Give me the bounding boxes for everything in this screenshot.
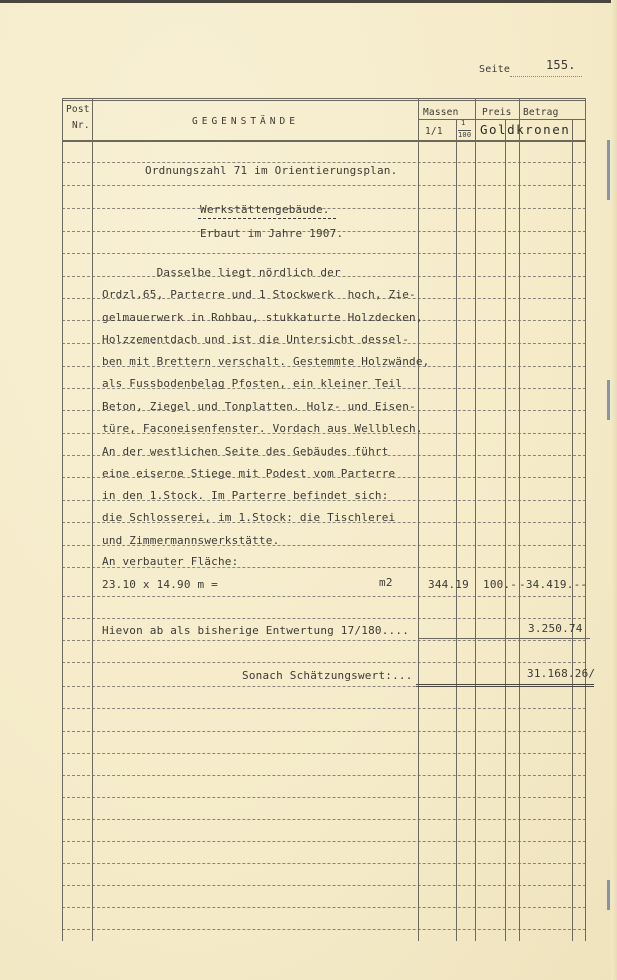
total-double-rule bbox=[416, 684, 594, 687]
header-nr: Nr. bbox=[72, 120, 90, 131]
binding-mark bbox=[607, 140, 610, 200]
building-title: Werkstättengebäude. bbox=[200, 203, 330, 216]
header-masses-fraction-den: 100 bbox=[458, 130, 471, 139]
header-masses: Massen bbox=[423, 107, 459, 118]
header-currency: Goldkronen bbox=[480, 122, 570, 137]
deduction-amount: 3.250.74 bbox=[528, 622, 583, 635]
table-top-border bbox=[62, 98, 586, 101]
area-amount: -34.419.-- bbox=[519, 578, 587, 591]
page-number-line bbox=[510, 76, 582, 77]
built-year: Erbaut im Jahre 1907. bbox=[200, 227, 343, 240]
deduction-text: Hievon ab als bisherige Entwertung 17/18… bbox=[102, 624, 409, 637]
page-top-edge bbox=[0, 0, 617, 3]
header-bottom-border bbox=[62, 140, 586, 142]
header-price: Preis bbox=[482, 107, 512, 118]
header-post: Post bbox=[66, 104, 90, 115]
header-masses-fraction-num: 1 bbox=[461, 119, 465, 127]
header-masses-whole: 1/1 bbox=[425, 126, 443, 137]
total-text: Sonach Schätzungswert:... bbox=[242, 669, 413, 682]
subtotal-rule bbox=[418, 638, 590, 639]
area-unit: m2 bbox=[379, 576, 393, 589]
binding-mark bbox=[607, 380, 610, 420]
page-label: Seite bbox=[479, 64, 510, 75]
header-items: GEGENSTÄNDE bbox=[192, 116, 299, 127]
area-mass: 344.19 bbox=[428, 578, 469, 591]
title-underline bbox=[198, 218, 336, 219]
area-price: 100.- bbox=[483, 578, 517, 591]
page-number: 155. bbox=[546, 58, 576, 72]
page-right-edge bbox=[611, 0, 617, 980]
area-calculation: 23.10 x 14.90 m = bbox=[102, 578, 218, 591]
header-split-line bbox=[418, 119, 586, 120]
binding-mark bbox=[607, 880, 610, 910]
header-amount: Betrag bbox=[523, 107, 559, 118]
total-amount: 31.168.26/ bbox=[527, 667, 595, 680]
ordnungszahl-line: Ordnungszahl 71 im Orientierungsplan. bbox=[145, 164, 397, 177]
